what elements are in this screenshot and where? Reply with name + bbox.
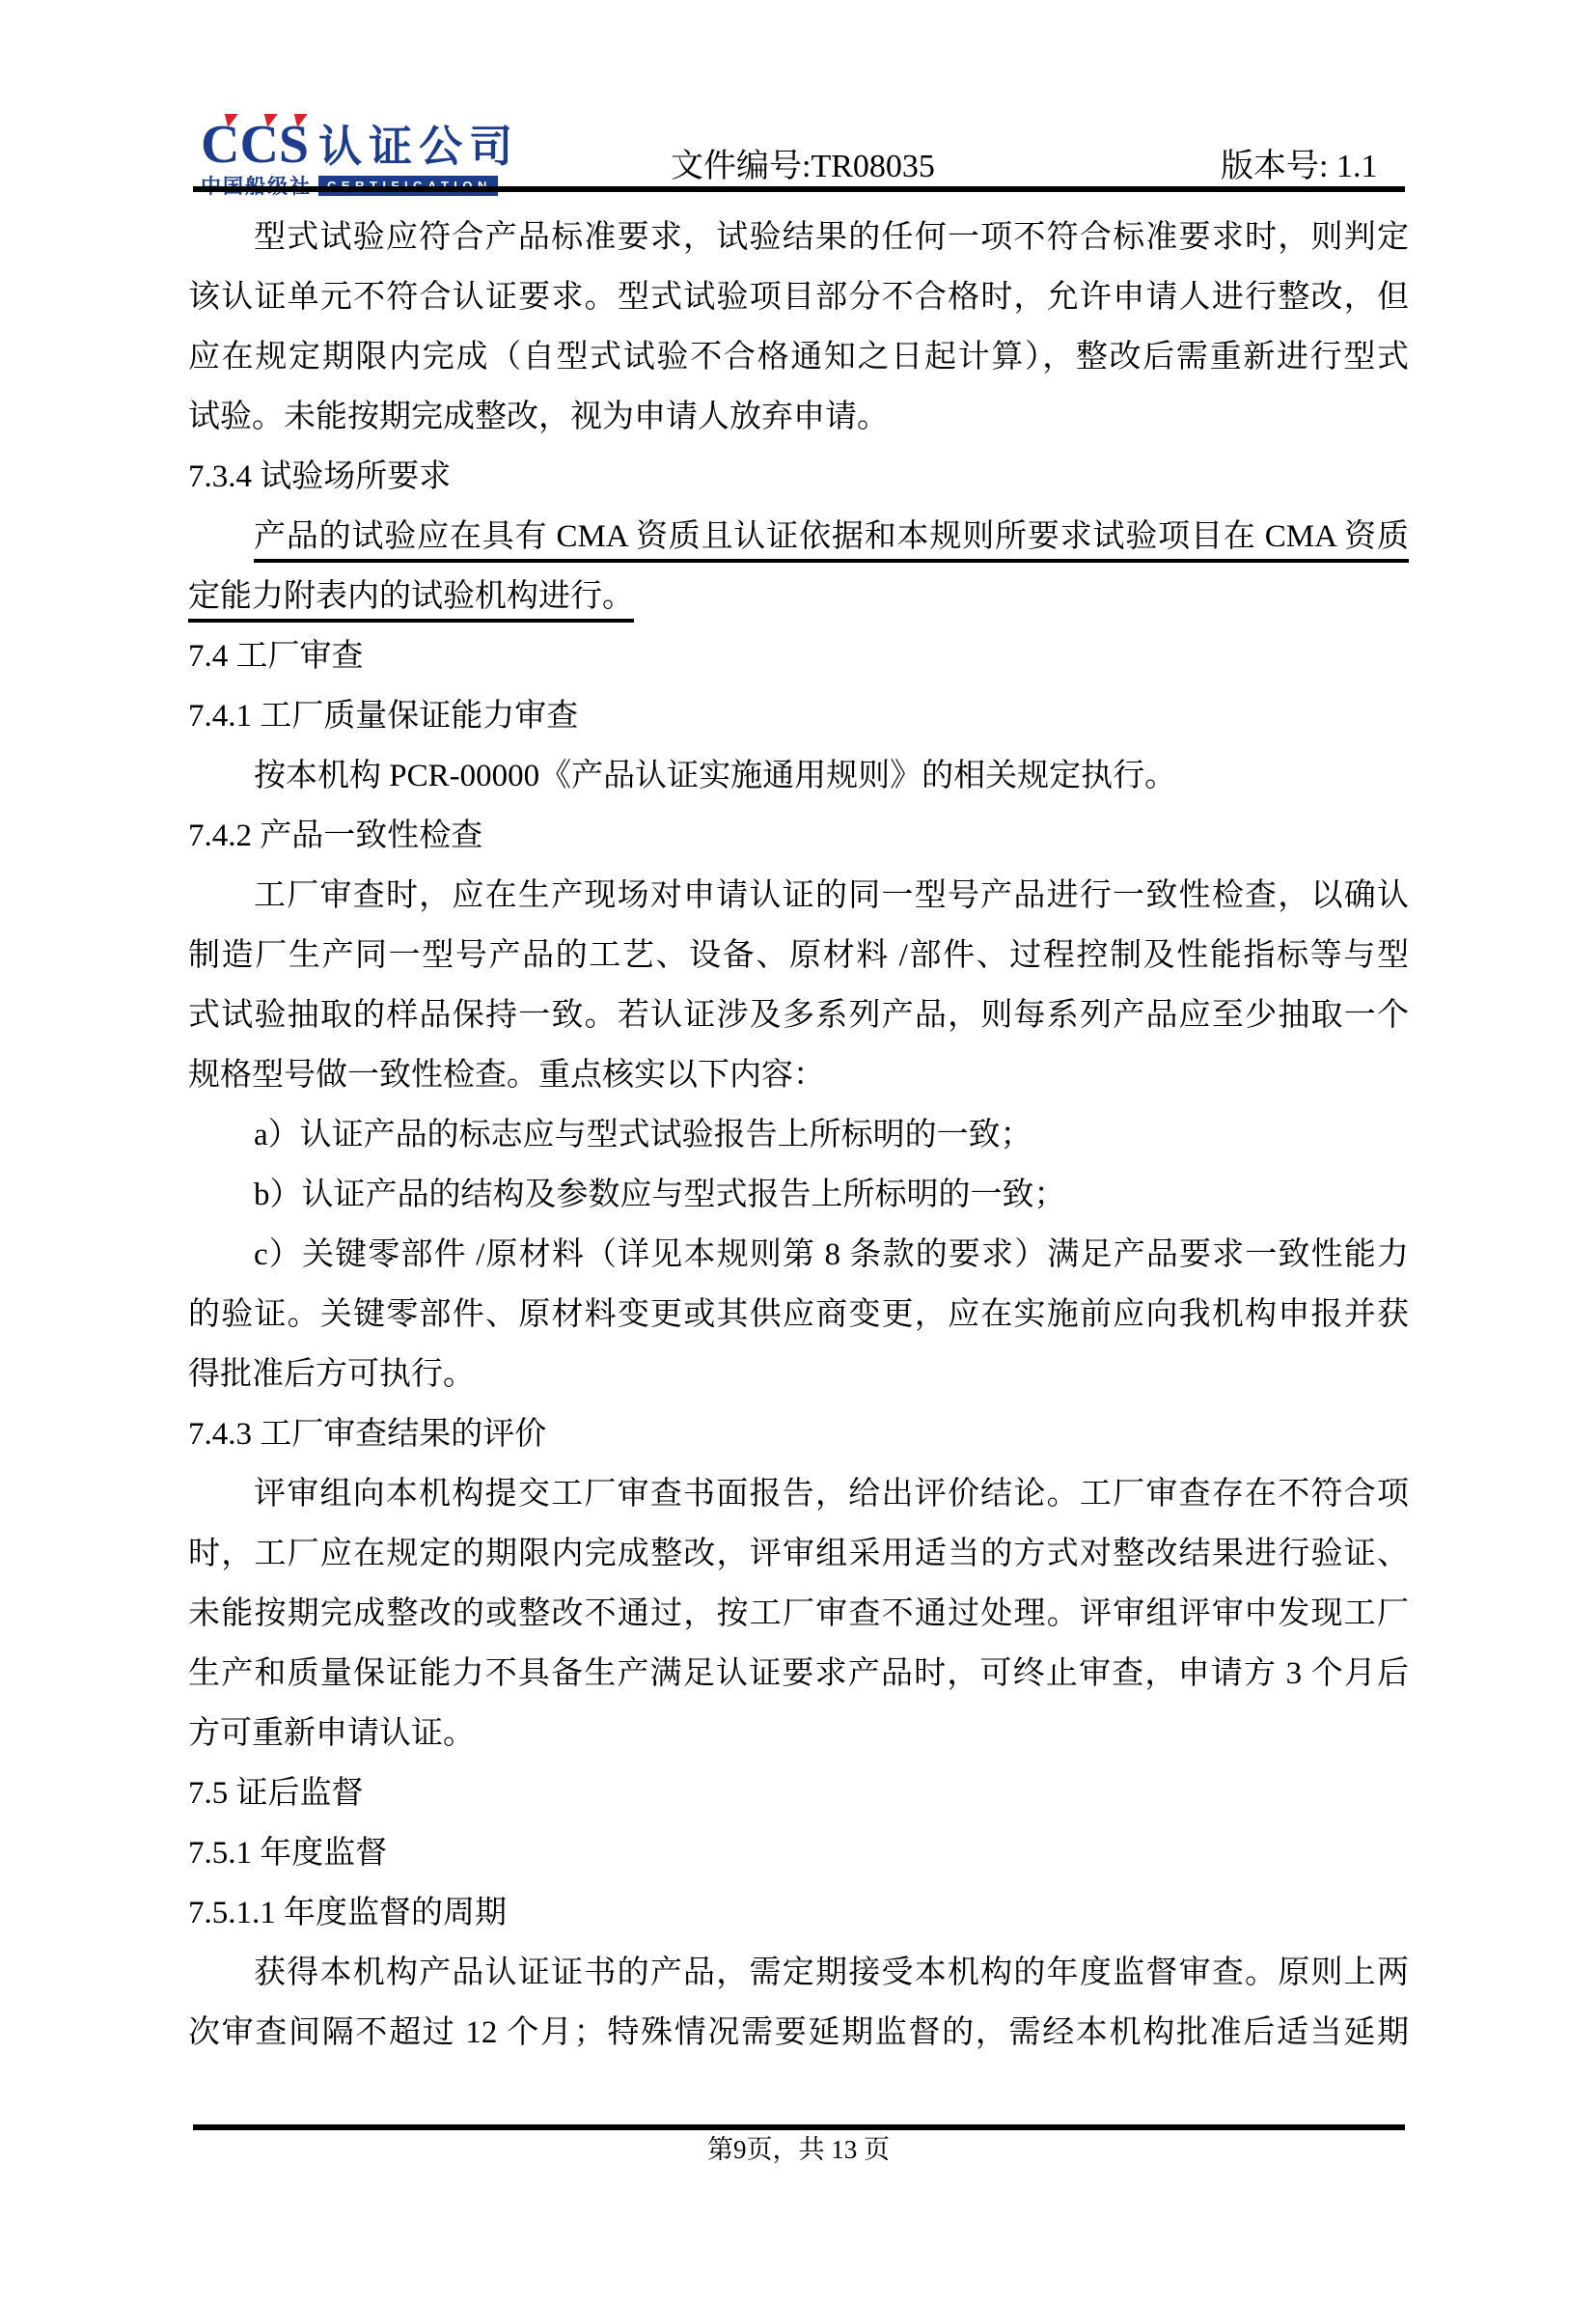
logo-certification-badge: CERTIFICATION — [318, 176, 498, 196]
line-text: 生产和质量保证能力不具备生产满足认证要求产品时，可终止审查，申请方 3 个月后 — [188, 1656, 1409, 1691]
underlined-text: 定能力附表内的试验机构进行。 — [188, 579, 634, 623]
logo-society-name: 中国船级社 — [201, 171, 315, 200]
ccs-letter: C — [239, 116, 278, 168]
line-text: 的验证。关键零部件、原材料变更或其供应商变更，应在实施前应向我机构申报并获 — [188, 1297, 1409, 1332]
line-text: 7.5.1 年度监督 — [188, 1836, 387, 1871]
text-line: 评审组向本机构提交工厂审查书面报告，给出评价结论。工厂审查存在不符合项 — [188, 1464, 1409, 1524]
header-rule — [193, 186, 1405, 192]
line-text: a）认证产品的标志应与型式试验报告上所标明的一致； — [254, 1118, 1032, 1152]
line-text: c）关键零部件 /原材料（详见本规则第 8 条款的要求）满足产品要求一致性能力 — [254, 1237, 1409, 1272]
ccs-logo-text: CCS — [201, 116, 309, 168]
line-text: 次审查间隔不超过 12 个月；特殊情况需要延期监督的，需经本机构批准后适当延期 — [188, 2015, 1409, 2050]
line-text: 试验。未能按期完成整改，视为申请人放弃申请。 — [188, 400, 889, 434]
red-flag-icon — [261, 114, 277, 127]
text-line: 试验。未能按期完成整改，视为申请人放弃申请。 — [188, 387, 1409, 447]
section-heading: 7.4 工厂审查 — [188, 626, 1409, 686]
section-heading: 7.4.3 工厂审查结果的评价 — [188, 1404, 1409, 1464]
line-text: 未能按期完成整改的或整改不通过，按工厂审查不通过处理。评审组评审中发现工厂 — [188, 1596, 1409, 1631]
footer-rule — [193, 2124, 1405, 2130]
section-heading: 7.3.4 试验场所要求 — [188, 447, 1409, 507]
section-heading: 7.5.1.1 年度监督的周期 — [188, 1883, 1409, 1943]
line-text: 7.4.3 工厂审查结果的评价 — [188, 1417, 546, 1452]
line-text: 获得本机构产品认证证书的产品，需定期接受本机构的年度监督审查。原则上两 — [254, 1956, 1409, 1990]
line-text: 7.5 证后监督 — [188, 1776, 364, 1811]
text-line: 得批准后方可执行。 — [188, 1345, 1409, 1404]
text-line: 该认证单元不符合认证要求。型式试验项目部分不合格时，允许申请人进行整改，但 — [188, 267, 1409, 327]
line-text: 型式试验应符合产品标准要求，试验结果的任何一项不符合标准要求时，则判定 — [254, 220, 1409, 255]
text-line: 产品的试验应在具有 CMA 资质且认证依据和本规则所要求试验项目在 CMA 资质… — [188, 507, 1409, 567]
red-flag-icon — [290, 114, 307, 127]
line-text: 评审组向本机构提交工厂审查书面报告，给出评价结论。工厂审查存在不符合项 — [254, 1477, 1409, 1512]
ccs-letter: S — [279, 116, 309, 168]
text-line: 工厂审查时，应在生产现场对申请认证的同一型号产品进行一致性检查，以确认 — [188, 866, 1409, 926]
section-heading: 7.4.1 工厂质量保证能力审查 — [188, 686, 1409, 746]
line-text: b）认证产品的结构及参数应与型式报告上所标明的一致； — [254, 1178, 1066, 1212]
text-line: 的验证。关键零部件、原材料变更或其供应商变更，应在实施前应向我机构申报并获 — [188, 1285, 1409, 1345]
text-line: 规格型号做一致性检查。重点核实以下内容： — [188, 1045, 1409, 1105]
text-line: 次审查间隔不超过 12 个月；特殊情况需要延期监督的，需经本机构批准后适当延期 — [188, 2003, 1409, 2063]
text-line: 生产和质量保证能力不具备生产满足认证要求产品时，可终止审查，申请方 3 个月后 — [188, 1644, 1409, 1704]
red-flag-icon — [222, 114, 238, 127]
section-heading: 7.5.1 年度监督 — [188, 1823, 1409, 1883]
line-text: 时，工厂应在规定的期限内完成整改，评审组采用适当的方式对整改结果进行验证、 — [188, 1537, 1409, 1571]
line-text: 该认证单元不符合认证要求。型式试验项目部分不合格时，允许申请人进行整改，但 — [188, 280, 1409, 315]
line-text: 方可重新申请认证。 — [188, 1716, 475, 1751]
version-number: 版本号: 1.1 — [1221, 148, 1377, 186]
line-text: 7.4.1 工厂质量保证能力审查 — [188, 699, 578, 734]
text-line: 应在规定期限内完成（自型式试验不合格通知之日起计算），整改后需重新进行型式 — [188, 327, 1409, 387]
line-text: 按本机构 PCR-00000《产品认证实施通用规则》的相关规定执行。 — [254, 759, 1176, 793]
document-body: 型式试验应符合产品标准要求，试验结果的任何一项不符合标准要求时，则判定该认证单元… — [188, 208, 1409, 2063]
text-line: a）认证产品的标志应与型式试验报告上所标明的一致； — [188, 1105, 1409, 1165]
line-text: 得批准后方可执行。 — [188, 1357, 475, 1392]
text-line: c）关键零部件 /原材料（详见本规则第 8 条款的要求）满足产品要求一致性能力 — [188, 1225, 1409, 1285]
line-text: 7.4.2 产品一致性检查 — [188, 819, 482, 853]
text-line: 方可重新申请认证。 — [188, 1704, 1409, 1763]
line-text: 7.3.4 试验场所要求 — [188, 459, 451, 494]
text-line: 时，工厂应在规定的期限内完成整改，评审组采用适当的方式对整改结果进行验证、 — [188, 1524, 1409, 1584]
text-line: 获得本机构产品认证证书的产品，需定期接受本机构的年度监督审查。原则上两 — [188, 1943, 1409, 2003]
line-text: 应在规定期限内完成（自型式试验不合格通知之日起计算），整改后需重新进行型式 — [188, 340, 1409, 375]
line-text: 式试验抽取的样品保持一致。若认证涉及多系列产品，则每系列产品应至少抽取一个 — [188, 998, 1409, 1033]
logo-top-row: CCS 认证公司 — [201, 116, 519, 168]
ccs-letter: C — [201, 116, 239, 168]
line-text: 7.5.1.1 年度监督的周期 — [188, 1896, 507, 1930]
text-line: 制造厂生产同一型号产品的工艺、设备、原材料 /部件、过程控制及性能指标等与型 — [188, 926, 1409, 985]
document-page: CCS 认证公司 中国船级社 CERTIFICATION 文件编号:TR0803… — [0, 0, 1596, 2303]
logo-company-name: 认证公司 — [318, 125, 519, 168]
doc-number: 文件编号:TR08035 — [671, 148, 935, 186]
logo-bottom-row: 中国船级社 CERTIFICATION — [201, 171, 519, 200]
line-text: 规格型号做一致性检查。重点核实以下内容： — [188, 1058, 825, 1093]
text-line: 定能力附表内的试验机构进行。 — [188, 567, 1409, 626]
section-heading: 7.5 证后监督 — [188, 1763, 1409, 1823]
line-text: 工厂审查时，应在生产现场对申请认证的同一型号产品进行一致性检查，以确认 — [254, 878, 1409, 913]
page-number: 第9页，共 13 页 — [188, 2133, 1409, 2166]
text-line: 型式试验应符合产品标准要求，试验结果的任何一项不符合标准要求时，则判定 — [188, 208, 1409, 267]
text-line: b）认证产品的结构及参数应与型式报告上所标明的一致； — [188, 1165, 1409, 1225]
text-line: 按本机构 PCR-00000《产品认证实施通用规则》的相关规定执行。 — [188, 746, 1409, 806]
underlined-text: 产品的试验应在具有 CMA 资质且认证依据和本规则所要求试验项目在 CMA 资质… — [254, 519, 1409, 567]
line-text: 7.4 工厂审查 — [188, 639, 364, 674]
text-line: 式试验抽取的样品保持一致。若认证涉及多系列产品，则每系列产品应至少抽取一个 — [188, 985, 1409, 1045]
text-line: 未能按期完成整改的或整改不通过，按工厂审查不通过处理。评审组评审中发现工厂 — [188, 1584, 1409, 1644]
page-header: CCS 认证公司 中国船级社 CERTIFICATION 文件编号:TR0803… — [0, 0, 1596, 193]
section-heading: 7.4.2 产品一致性检查 — [188, 806, 1409, 866]
line-text: 制造厂生产同一型号产品的工艺、设备、原材料 /部件、过程控制及性能指标等与型 — [188, 938, 1409, 973]
